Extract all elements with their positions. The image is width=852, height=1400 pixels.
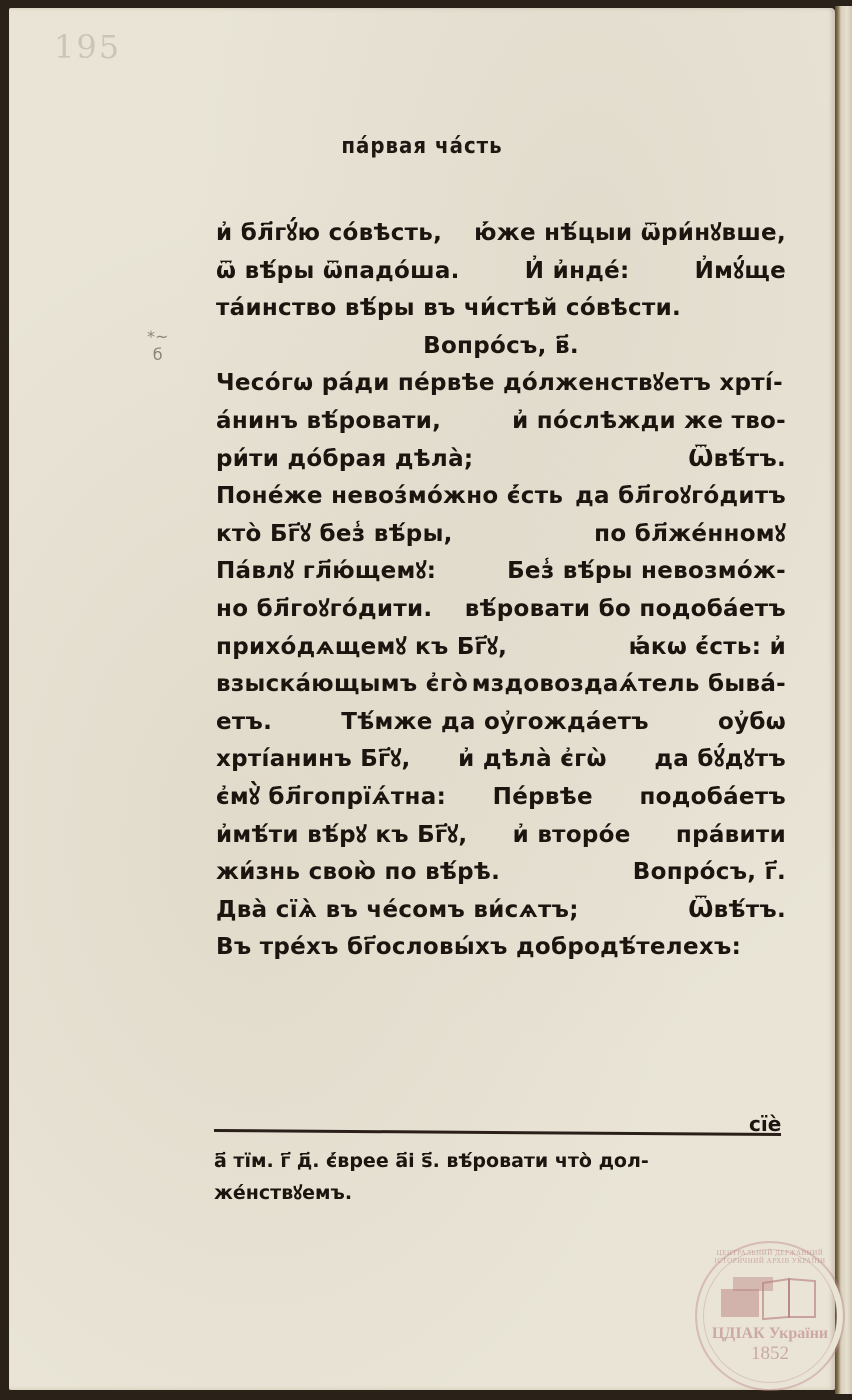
text-line: етъ.Тѣ́мже да оу҆гожда́етъоу҆бѡ bbox=[216, 704, 786, 742]
text-line: та́инство вѣ́ры въ чи́стѣй со́вѣсти. bbox=[216, 290, 786, 328]
text-segment: И҆ и҆нде́: bbox=[525, 253, 630, 291]
text-segment: оу҆бѡ bbox=[718, 704, 786, 742]
text-segment: Пе́рвѣе bbox=[493, 779, 593, 817]
text-segment: и҆ по́слѣжди же тво- bbox=[512, 403, 786, 441]
text-segment: Па́влꙋ гл҃ю́щемꙋ: bbox=[216, 553, 436, 591]
text-segment: Два̀ сїѧ̀ въ че́сомъ ви́сѧтъ; bbox=[216, 892, 579, 930]
text-line: Па́влꙋ гл҃ю́щемꙋ:Без̾ вѣ́ры невозмо́ж- bbox=[216, 553, 786, 591]
book-page: 195 пáрвая чáсть *~ б и҆ бл҃гꙋ́ю со́вѣст… bbox=[9, 8, 835, 1390]
text-line: є҆мꙋ̀ бл҃гопрїѧ́тна:Пе́рвѣеподоба́етъ bbox=[216, 779, 786, 817]
text-segment: жи́знь свою̀ по вѣ́рѣ. bbox=[216, 854, 500, 892]
text-line: жи́знь свою̀ по вѣ́рѣ.Вопро́съ, г҃. bbox=[216, 854, 786, 892]
text-line: кто̀ Бг҃ꙋ без̾ вѣ́ры,по бл҃же́нномꙋ bbox=[216, 516, 786, 554]
marginal-mark: *~ bbox=[147, 328, 168, 346]
text-segment: Тѣ́мже да оу҆гожда́етъ bbox=[341, 704, 649, 742]
text-line: и҆ бл҃гꙋ́ю со́вѣсть,ю҆́же нѣ́цыи ѿри́нꙋв… bbox=[216, 215, 786, 253]
text-segment: ꙗ҆́кѡ є҆́сть: и҆ bbox=[629, 629, 786, 667]
text-line: а́нинъ вѣ́ровати,и҆ по́слѣжди же тво- bbox=[216, 403, 786, 441]
text-segment: и҆мѣ́ти вѣ́рꙋ къ Бг҃ꙋ, bbox=[216, 817, 467, 855]
text-segment: Вопро́съ, г҃. bbox=[633, 854, 786, 892]
marginal-letter: б bbox=[147, 346, 168, 364]
text-segment: є҆мꙋ̀ бл҃гопрїѧ́тна: bbox=[216, 779, 446, 817]
marginal-note: *~ б bbox=[147, 328, 168, 364]
text-segment: и҆ бл҃гꙋ́ю со́вѣсть, bbox=[216, 215, 442, 253]
text-segment: пра́вити bbox=[676, 817, 786, 855]
text-segment: а́нинъ вѣ́ровати, bbox=[216, 403, 441, 441]
text-line: но бл҃гоꙋго́дити.вѣ́ровати бо подоба́етъ bbox=[216, 591, 786, 629]
text-line: Два̀ сїѧ̀ въ че́сомъ ви́сѧтъ;Ѿвѣ́тъ. bbox=[216, 892, 786, 930]
stamp-name: ЦДІАК України bbox=[697, 1325, 843, 1343]
archive-stamp: ЦЕНТРАЛЬНИЙ ДЕРЖАВНИЙ ІСТОРИЧНИЙ АРХІВ У… bbox=[695, 1241, 845, 1391]
text-segment: и҆ дѣла̀ є҆гѡ̀ bbox=[458, 741, 607, 779]
text-line: Въ тре́хъ бг҃ословы́хъ добродѣ́телехъ: bbox=[216, 929, 786, 967]
text-line: Вопро́съ, в҃. bbox=[216, 328, 786, 366]
stamp-year: 1852 bbox=[697, 1343, 843, 1365]
text-segment: Ѿвѣ́тъ. bbox=[688, 892, 786, 930]
footnote-line: же́нствꙋемъ. bbox=[214, 1177, 784, 1209]
text-line: Чесо́гѡ ра́ди пе́рвѣе до́лженствꙋетъ хрт… bbox=[216, 365, 786, 403]
text-segment: мздовоздаѧ́тель быва́- bbox=[472, 666, 786, 704]
text-segment: но бл҃гоꙋго́дити. bbox=[216, 591, 432, 629]
text-segment: вѣ́ровати бо подоба́етъ bbox=[465, 591, 786, 629]
footnote: а҃ тїм. г҃ д҃. є҆́врее а҃і ѕ҃. вѣ́ровати… bbox=[214, 1145, 784, 1209]
text-segment: Чесо́гѡ ра́ди пе́рвѣе до́лженствꙋетъ хрт… bbox=[216, 365, 783, 403]
text-line: ри́ти до́брая дѣла̀;Ѿвѣ́тъ. bbox=[216, 441, 786, 479]
text-segment: подоба́етъ bbox=[639, 779, 786, 817]
text-line: прихо́дѧщемꙋ къ Бг҃ꙋ,ꙗ҆́кѡ є҆́сть: и҆ bbox=[216, 629, 786, 667]
text-segment: Вопро́съ, в҃. bbox=[423, 328, 579, 366]
text-segment: да бл҃гоꙋго́дитъ bbox=[575, 478, 786, 516]
text-segment: прихо́дѧщемꙋ къ Бг҃ꙋ, bbox=[216, 629, 507, 667]
text-segment: Въ тре́хъ бг҃ословы́хъ добродѣ́телехъ: bbox=[216, 929, 741, 967]
body-text: и҆ бл҃гꙋ́ю со́вѣсть,ю҆́же нѣ́цыи ѿри́нꙋв… bbox=[216, 215, 786, 967]
text-segment: Поне́же невоз́мо́жно є҆́сть bbox=[216, 478, 563, 516]
running-header: пáрвая чáсть bbox=[9, 134, 835, 159]
text-line: взыска́ющымъ є҆го̀мздовоздаѧ́тель быва́- bbox=[216, 666, 786, 704]
text-segment: та́инство вѣ́ры въ чи́стѣй со́вѣсти. bbox=[216, 290, 681, 328]
faint-page-number: 195 bbox=[54, 28, 121, 66]
text-line: хрті́анинъ Бг҃ꙋ,и҆ дѣла̀ є҆гѡ̀да бꙋ́дꙋтъ bbox=[216, 741, 786, 779]
text-segment: взыска́ющымъ є҆го̀ bbox=[216, 666, 468, 704]
next-page-edge bbox=[835, 6, 852, 1394]
text-segment: ѿ вѣ́ры ѿпадо́ша. bbox=[216, 253, 460, 291]
text-segment: И҆мꙋ́ще bbox=[695, 253, 786, 291]
text-segment: хрті́анинъ Бг҃ꙋ, bbox=[216, 741, 411, 779]
text-segment: етъ. bbox=[216, 704, 272, 742]
footnote-line: а҃ тїм. г҃ д҃. є҆́врее а҃і ѕ҃. вѣ́ровати… bbox=[214, 1145, 784, 1177]
text-segment: по бл҃же́нномꙋ bbox=[594, 516, 786, 554]
text-segment: да бꙋ́дꙋтъ bbox=[654, 741, 786, 779]
text-line: и҆мѣ́ти вѣ́рꙋ къ Бг҃ꙋ,и҆ второ́епра́вити bbox=[216, 817, 786, 855]
footnote-divider bbox=[214, 1129, 781, 1136]
text-segment: кто̀ Бг҃ꙋ без̾ вѣ́ры, bbox=[216, 516, 453, 554]
text-segment: ю҆́же нѣ́цыи ѿри́нꙋвше, bbox=[474, 215, 786, 253]
text-segment: Ѿвѣ́тъ. bbox=[688, 441, 786, 479]
text-line: ѿ вѣ́ры ѿпадо́ша.И҆ и҆нде́:И҆мꙋ́ще bbox=[216, 253, 786, 291]
text-segment: ри́ти до́брая дѣла̀; bbox=[216, 441, 473, 479]
text-segment: и҆ второ́е bbox=[513, 817, 631, 855]
stamp-ring-text: ЦЕНТРАЛЬНИЙ ДЕРЖАВНИЙ ІСТОРИЧНИЙ АРХІВ У… bbox=[697, 1249, 843, 1265]
text-line: Поне́же невоз́мо́жно є҆́стьда бл҃гоꙋго́д… bbox=[216, 478, 786, 516]
books-icon bbox=[719, 1271, 819, 1321]
text-segment: Без̾ вѣ́ры невозмо́ж- bbox=[507, 553, 786, 591]
